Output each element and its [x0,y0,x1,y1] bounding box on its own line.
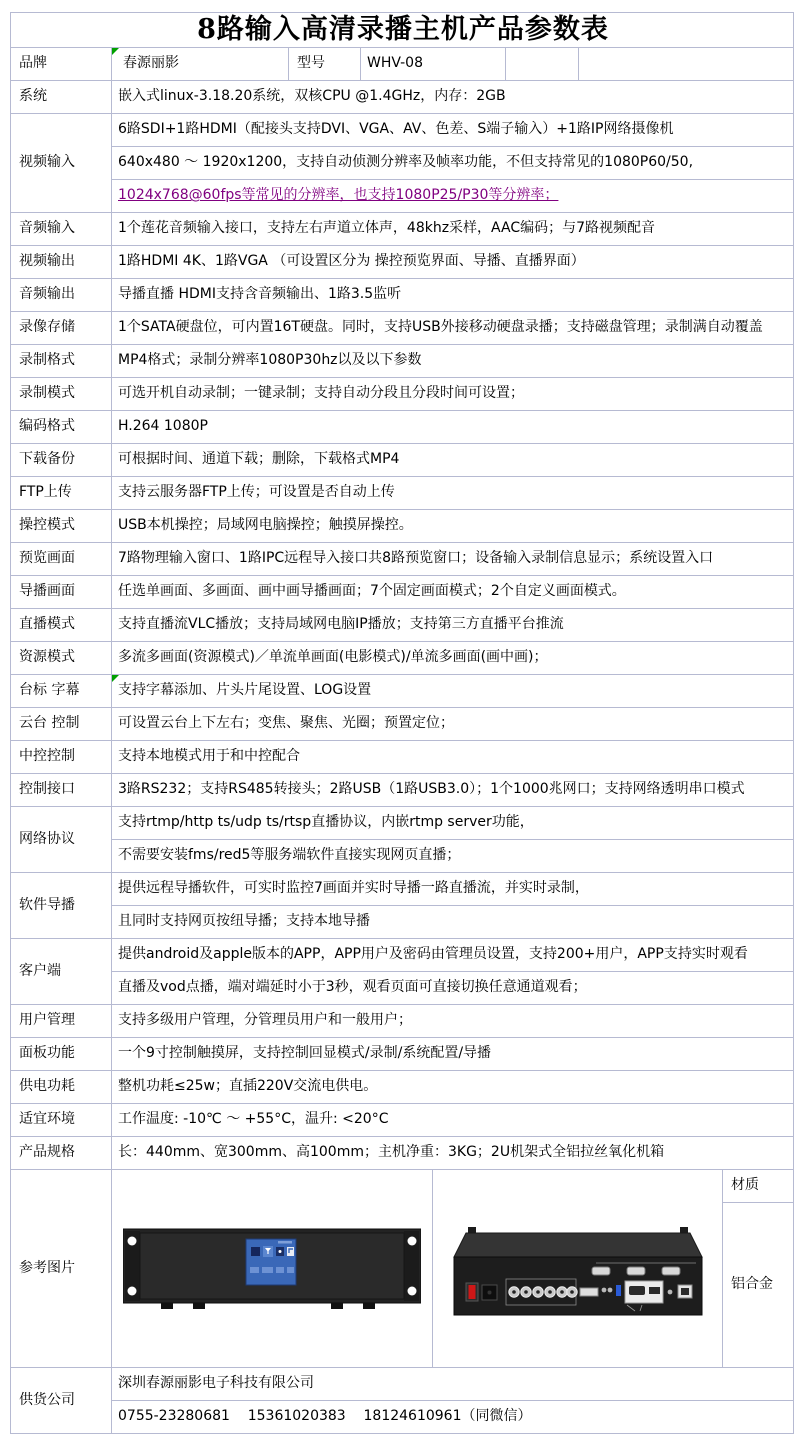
spec-row-power: 供电功耗 整机功耗≤25w；直插220V交流电供电。 [11,1071,794,1104]
spec-label: 直播模式 [11,609,112,642]
page-title: 8路输入高清录播主机产品参数表 [11,13,794,48]
rear-panel-drawing [446,1217,710,1321]
spec-label: 客户端 [11,939,112,1005]
empty-cell [579,48,794,81]
spec-label: 视频输出 [11,246,112,279]
spec-value: 可选开机自动录制；一键录制；支持自动分段且分段时间可设置； [112,378,794,411]
spec-value: 多流多画面(资源模式)／单流单画面(电影模式)/单流多画面(画中画)； [112,642,794,675]
supplier-row: 0755-23280681 15361020383 18124610961（同微… [11,1401,794,1434]
spec-row-logo-subtitle: 台标 字幕 支持字幕添加、片头片尾设置、LOG设置 [11,675,794,708]
spec-row-client-app: 直播及vod点播，端对端延时小于3秒，观看页面可直接切换任意通道观看； [11,972,794,1005]
dvi-port [580,1288,598,1296]
spec-value: 1个SATA硬盘位，可内置16T硬盘。同时，支持USB外接移动硬盘录播；支持磁盘… [112,312,794,345]
spec-label: 面板功能 [11,1038,112,1071]
material-value: 铝合金 [723,1203,794,1368]
resolution-link[interactable]: 1024x768@60fps等常见的分辨率，也支持1080P25/P30等分辨率… [118,187,558,203]
spec-row-director: 导播画面 任选单画面、多画面、画中画导播画面；7个固定画面模式；2个自定义画面模… [11,576,794,609]
supplier-company: 深圳春源丽影电子科技有限公司 [112,1368,794,1401]
spec-row-ptz: 云台 控制 可设置云台上下左右；变焦、聚焦、光圈；预置定位； [11,708,794,741]
brand-value: 春源丽影 [123,55,179,71]
spec-value: H.264 1080P [112,411,794,444]
spec-row-video-input: 1024x768@60fps等常见的分辨率，也支持1080P25/P30等分辨率… [11,180,794,213]
spec-value: 支持字幕添加、片头片尾设置、LOG设置 [112,675,794,708]
spec-label: 录制格式 [11,345,112,378]
spec-value: 不需要安装fms/red5等服务端软件直接实现网页直播； [112,840,794,873]
table-title-row: 8路输入高清录播主机产品参数表 [11,13,794,48]
spec-value: 1路HDMI 4K、1路VGA （可设置区分为 操控预览界面、导播、直播界面） [112,246,794,279]
spec-row-live-mode: 直播模式 支持直播流VLC播放；支持局域网电脑IP播放；支持第三方直播平台推流 [11,609,794,642]
spec-label: 产品规格 [11,1137,112,1170]
brand-label: 品牌 [11,48,112,81]
spec-label: 网络协议 [11,807,112,873]
spec-label: 预览画面 [11,543,112,576]
spec-row-audio-output: 音频输出 导播直播 HDMI支持含音频输出、1路3.5监听 [11,279,794,312]
spec-row-user-management: 用户管理 支持多级用户管理，分管理员用户和一般用户； [11,1005,794,1038]
spec-row-control-mode: 操控模式 USB本机操控；局域网电脑操控；触摸屏操控。 [11,510,794,543]
spec-label: 录像存储 [11,312,112,345]
spec-value: 整机功耗≤25w；直插220V交流电供电。 [112,1071,794,1104]
spec-label: 系统 [11,81,112,114]
spec-value: 提供android及apple版本的APP，APP用户及密码由管理员设置，支持2… [112,939,794,972]
supplier-row: 供货公司 深圳春源丽影电子科技有限公司 [11,1368,794,1401]
spec-row-central-control: 中控控制 支持本地模式用于和中控配合 [11,741,794,774]
brand-row: 品牌 春源丽影 型号 WHV-08 [11,48,794,81]
spec-row-video-output: 视频输出 1路HDMI 4K、1路VGA （可设置区分为 操控预览界面、导播、直… [11,246,794,279]
spec-row-client-app: 客户端 提供android及apple版本的APP，APP用户及密码由管理员设置… [11,939,794,972]
spec-value: 支持云服务器FTP上传；可设置是否自动上传 [112,477,794,510]
comment-marker-icon [112,675,119,682]
spec-row-network-protocol: 网络协议 支持rtmp/http ts/udp ts/rtsp直播协议，内嵌rt… [11,807,794,840]
power-switch [466,1283,497,1301]
spec-label: 软件导播 [11,873,112,939]
reference-image-row: 参考图片 [11,1170,794,1203]
spec-value: 6路SDI+1路HDMI（配接头支持DVI、VGA、AV、色差、S端子输入）+1… [112,114,794,147]
spec-label: FTP上传 [11,477,112,510]
spec-row-software-director: 且同时支持网页按纽导播；支持本地导播 [11,906,794,939]
spec-row-audio-input: 音频输入 1个莲花音频输入接口，支持左右声道立体声，48khz采样，AAC编码；… [11,213,794,246]
spec-value: 1024x768@60fps等常见的分辨率，也支持1080P25/P30等分辨率… [112,180,794,213]
spec-row-control-port: 控制接口 3路RS232；支持RS485转接头；2路USB（1路USB3.0）；… [11,774,794,807]
spec-value: 长：440mm、宽300mm、高100mm；主机净重：3KG；2U机架式全铝拉丝… [112,1137,794,1170]
ethernet-port [678,1285,692,1298]
spec-value: 工作温度: -10℃ ～ +55°C，温升: <20°C [112,1104,794,1137]
spec-label: 音频输入 [11,213,112,246]
spec-value: 7路物理输入窗口、1路IPC远程导入接口共8路预览窗口；设备输入录制信息显示；系… [112,543,794,576]
rear-panel-image [433,1170,723,1368]
reset-button [667,1289,672,1294]
spec-value: 且同时支持网页按纽导播；支持本地导播 [112,906,794,939]
spec-value: 任选单画面、多画面、画中画导播画面；7个固定画面模式；2个自定义画面模式。 [112,576,794,609]
spec-row-encode-format: 编码格式 H.264 1080P [11,411,794,444]
usb-port [616,1285,621,1296]
spec-label: 控制接口 [11,774,112,807]
spec-label: 台标 字幕 [11,675,112,708]
spec-row-software-director: 软件导播 提供远程导播软件，可实时监控7画面并实时导播一路直播流，并实时录制， [11,873,794,906]
material-label: 材质 [723,1170,794,1203]
spec-value: 导播直播 HDMI支持含音频输出、1路3.5监听 [112,279,794,312]
spec-value: 可设置云台上下左右；变焦、聚焦、光圈；预置定位； [112,708,794,741]
spec-row-video-input: 视频输入 6路SDI+1路HDMI（配接头支持DVI、VGA、AV、色差、S端子… [11,114,794,147]
spec-label: 操控模式 [11,510,112,543]
spec-row-preview: 预览画面 7路物理输入窗口、1路IPC远程导入接口共8路预览窗口；设备输入录制信… [11,543,794,576]
spec-label: 录制模式 [11,378,112,411]
spec-row-resource-mode: 资源模式 多流多画面(资源模式)／单流单画面(电影模式)/单流多画面(画中画)； [11,642,794,675]
spec-label: 下载备份 [11,444,112,477]
spec-value: 1个莲花音频输入接口，支持左右声道立体声，48khz采样，AAC编码；与7路视频… [112,213,794,246]
spec-label: 供电功耗 [11,1071,112,1104]
empty-cell [506,48,579,81]
spec-label: 中控控制 [11,741,112,774]
spec-value: 一个9寸控制触摸屏，支持控制回显模式/录制/系统配置/导播 [112,1038,794,1071]
model-value: WHV-08 [361,48,506,81]
spec-label: 导播画面 [11,576,112,609]
front-panel-image [112,1170,433,1368]
spec-value: 可根据时间、通道下载；删除，下载格式MP4 [112,444,794,477]
spec-label: 编码格式 [11,411,112,444]
spec-label: 音频输出 [11,279,112,312]
spec-row-dimensions: 产品规格 长：440mm、宽300mm、高100mm；主机净重：3KG；2U机架… [11,1137,794,1170]
spec-value: 支持本地模式用于和中控配合 [112,741,794,774]
spec-row-storage: 录像存储 1个SATA硬盘位，可内置16T硬盘。同时，支持USB外接移动硬盘录播… [11,312,794,345]
brand-value-cell: 春源丽影 [112,48,289,81]
spec-row-system: 系统 嵌入式linux-3.18.20系统，双核CPU @1.4GHz，内存：2… [11,81,794,114]
spec-row-panel-function: 面板功能 一个9寸控制触摸屏，支持控制回显模式/录制/系统配置/导播 [11,1038,794,1071]
spec-row-download: 下载备份 可根据时间、通道下载；删除，下载格式MP4 [11,444,794,477]
spec-row-environment: 适宜环境 工作温度: -10℃ ～ +55°C，温升: <20°C [11,1104,794,1137]
spec-value: 3路RS232；支持RS485转接头；2路USB（1路USB3.0）；1个100… [112,774,794,807]
spec-value: MP4格式；录制分辨率1080P30hz以及以下参数 [112,345,794,378]
spec-value: 支持多级用户管理，分管理员用户和一般用户； [112,1005,794,1038]
front-panel-drawing [123,1227,421,1311]
spec-label: 云台 控制 [11,708,112,741]
model-label: 型号 [289,48,361,81]
spec-label: 视频输入 [11,114,112,213]
spec-value: 嵌入式linux-3.18.20系统，双核CPU @1.4GHz，内存：2GB [112,81,794,114]
spec-row-record-format: 录制格式 MP4格式；录制分辨率1080P30hz以及以下参数 [11,345,794,378]
product-spec-table: 8路输入高清录播主机产品参数表 品牌 春源丽影 型号 WHV-08 系统 嵌入式… [10,12,794,1434]
supplier-phones: 0755-23280681 15361020383 18124610961（同微… [112,1401,794,1434]
spec-value: USB本机操控；局域网电脑操控；触摸屏操控。 [112,510,794,543]
spec-row-video-input: 640x480 ～ 1920x1200，支持自动侦测分辨率及帧率功能，不但支持常… [11,147,794,180]
spec-value: 提供远程导播软件，可实时监控7画面并实时导播一路直播流，并实时录制， [112,873,794,906]
spec-value: 支持rtmp/http ts/udp ts/rtsp直播协议，内嵌rtmp se… [112,807,794,840]
spec-value: 640x480 ～ 1920x1200，支持自动侦测分辨率及帧率功能，不但支持常… [112,147,794,180]
spec-row-network-protocol: 不需要安装fms/red5等服务端软件直接实现网页直播； [11,840,794,873]
touchscreen [246,1239,296,1285]
supplier-label: 供货公司 [11,1368,112,1434]
comment-marker-icon [112,48,119,55]
reference-label: 参考图片 [11,1170,112,1368]
spec-row-record-mode: 录制模式 可选开机自动录制；一键录制；支持自动分段且分段时间可设置； [11,378,794,411]
spec-label: 用户管理 [11,1005,112,1038]
spec-row-ftp: FTP上传 支持云服务器FTP上传；可设置是否自动上传 [11,477,794,510]
spec-value: 直播及vod点播，端对端延时小于3秒，观看页面可直接切换任意通道观看； [112,972,794,1005]
spec-label: 适宜环境 [11,1104,112,1137]
spec-value: 支持直播流VLC播放；支持局域网电脑IP播放；支持第三方直播平台推流 [112,609,794,642]
spec-label: 资源模式 [11,642,112,675]
